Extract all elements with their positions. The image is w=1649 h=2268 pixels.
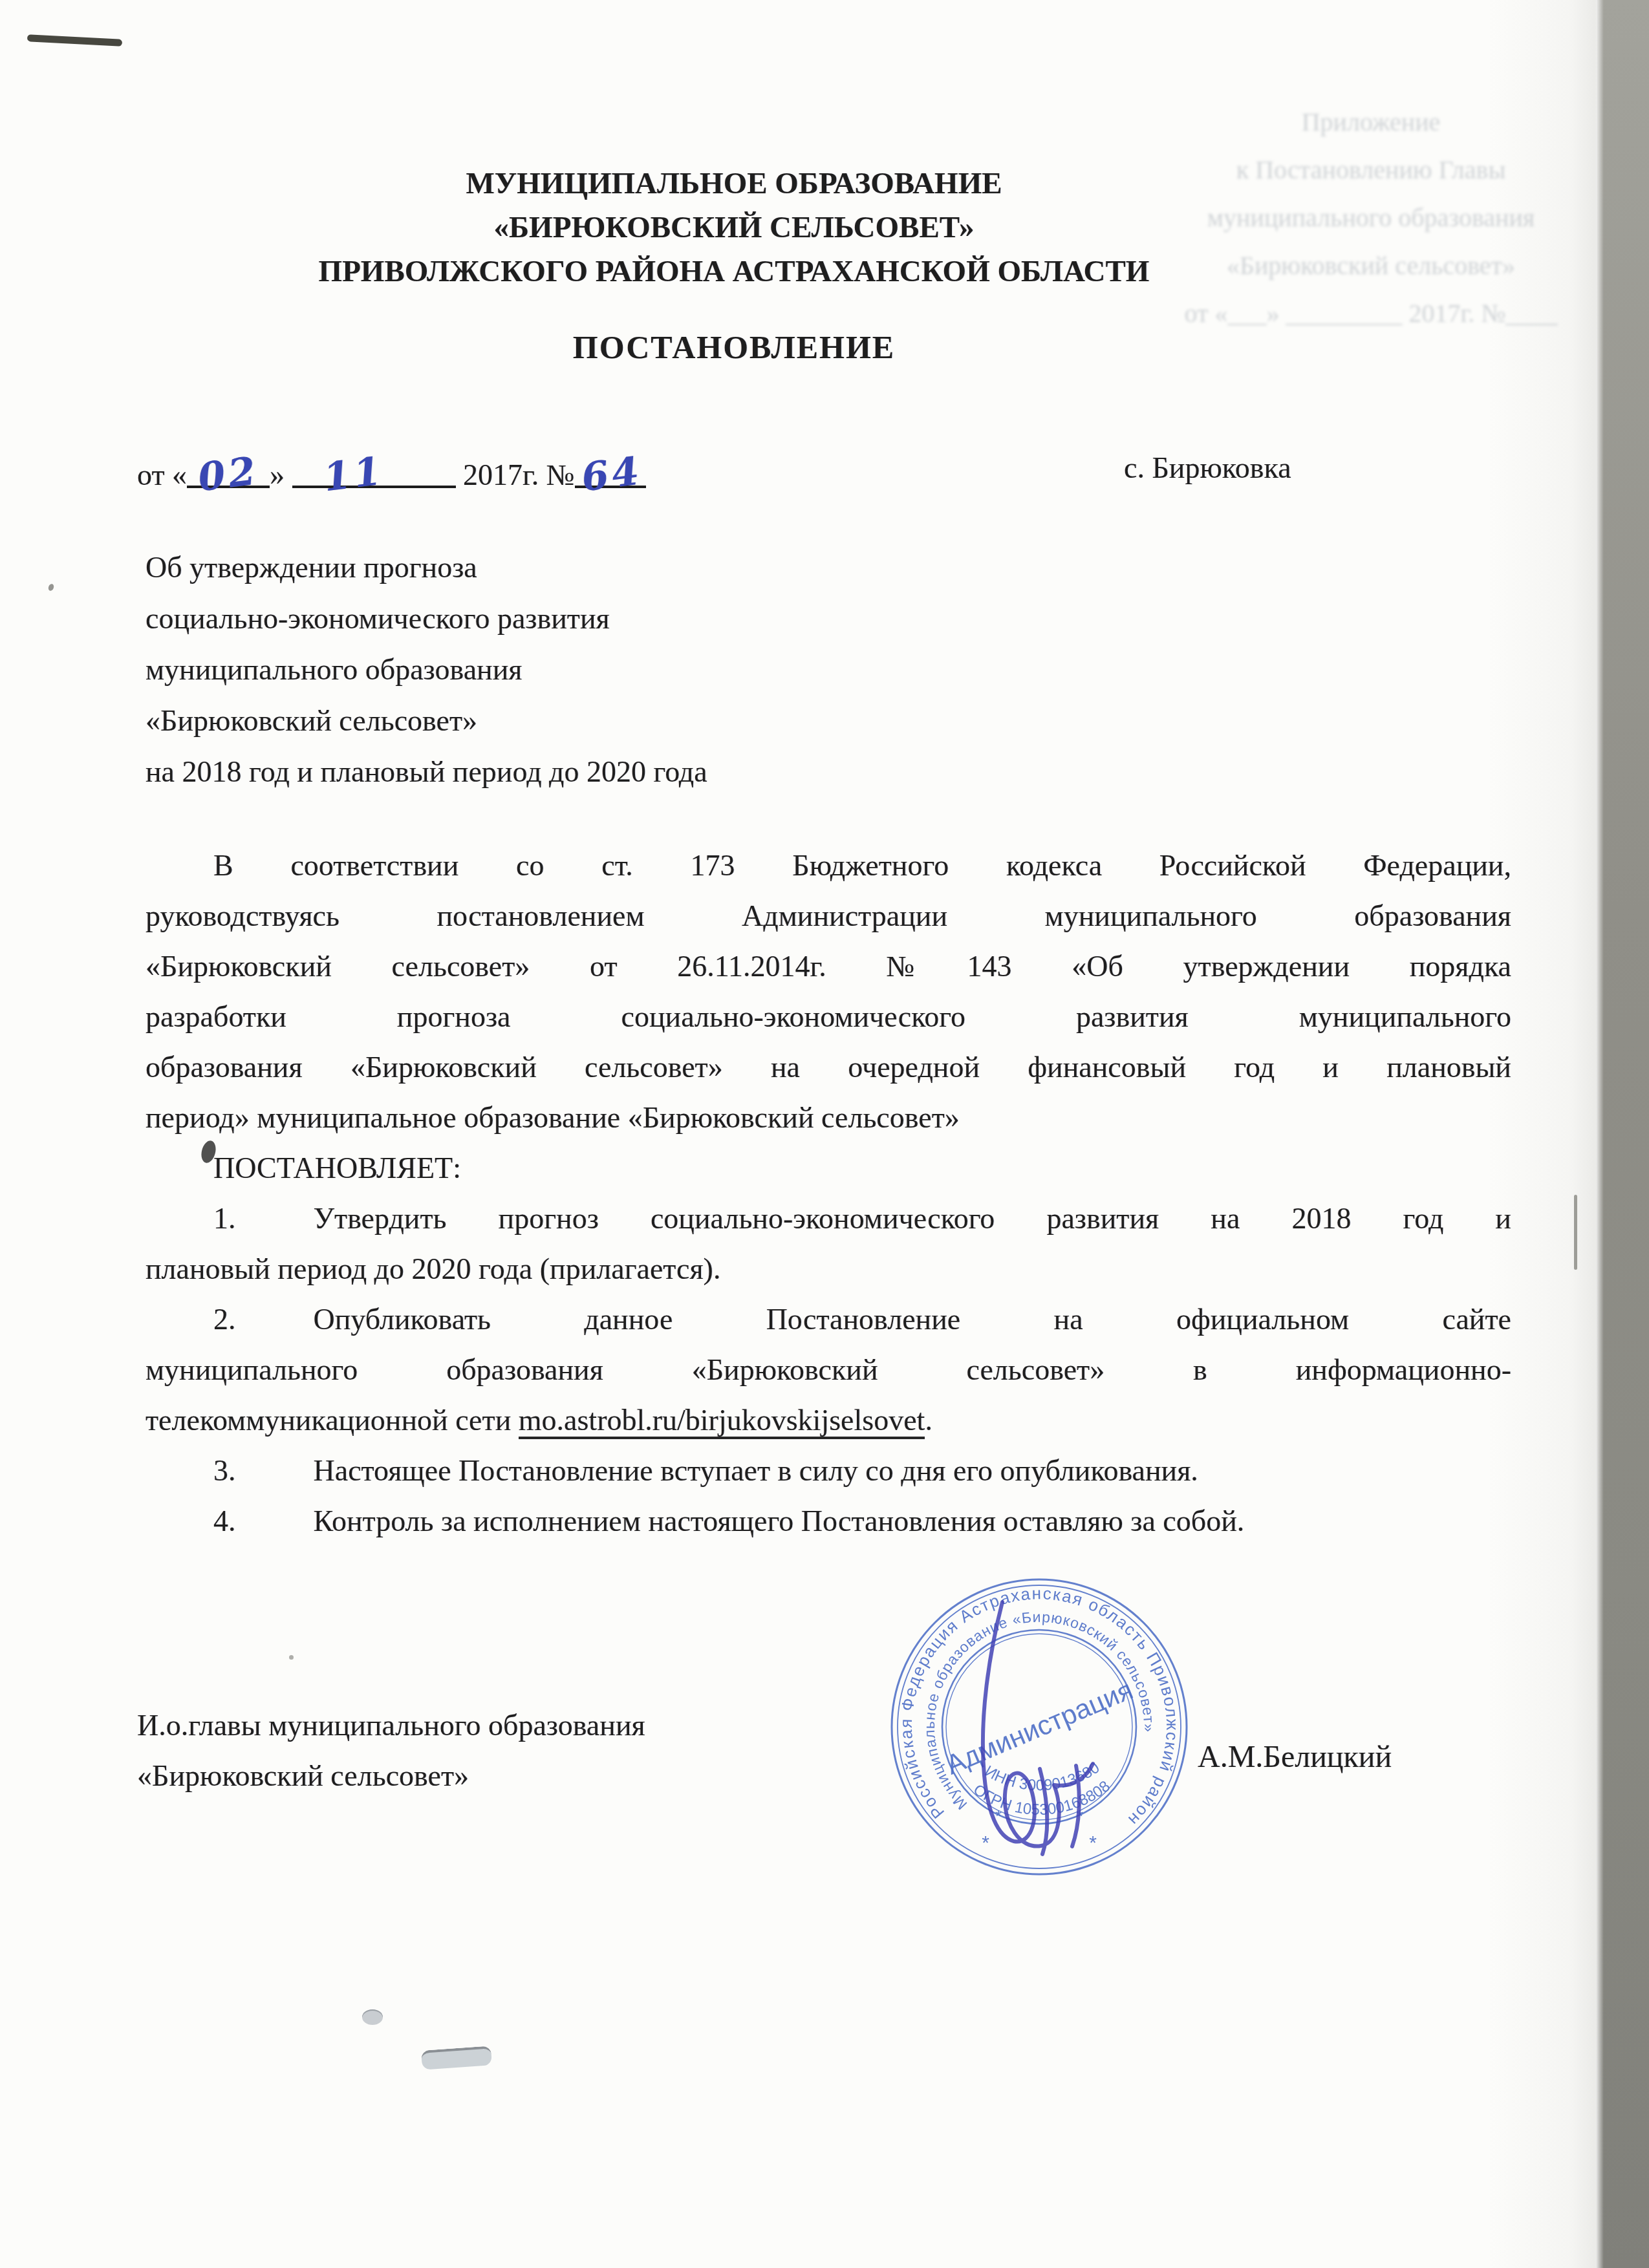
signatory-name: А.М.Белицкий [1198,1739,1392,1775]
item-2-number: 2. [213,1303,236,1336]
subject-line: на 2018 год и плановый период до 2020 го… [145,746,921,797]
resolves-label: ПОСТАНОВЛЯЕТ: [145,1143,1511,1193]
subject-block: Об утверждении прогноза социально-эконом… [145,542,921,797]
smudge-mark [421,2046,492,2070]
paragraph-line: образования «Бирюковский сельсовет» на о… [145,1042,1511,1093]
document-header: МУНИЦИПАЛЬНОЕ ОБРАЗОВАНИЕ «БИРЮКОВСКИЙ С… [0,162,1468,294]
item-2-text: Опубликовать данное Постановление на офи… [314,1303,1512,1336]
paragraph-line: «Бирюковский сельсовет» от 26.11.2014г. … [145,941,1511,992]
url-suffix-text: . [925,1404,932,1437]
scanned-document-page: Приложение к Постановлению Главы муницип… [0,0,1649,2268]
dust-speck [289,1655,294,1660]
org-name-line1: МУНИЦИПАЛЬНОЕ ОБРАЗОВАНИЕ [0,162,1468,206]
stamp-star: * [1089,1832,1097,1854]
place-name: с. Бирюковка [1124,451,1291,485]
item-2-line-2: муниципального образования «Бирюковский … [145,1345,1511,1395]
item-4-text: Контроль за исполнением настоящего Поста… [314,1504,1245,1537]
handwritten-month: 11 [321,449,386,501]
stamp-star: * [982,1832,989,1854]
item-1-number: 1. [213,1202,236,1235]
year-and-number-label: 2017г. № [463,458,575,491]
handwritten-number: 64 [579,449,644,501]
org-name-line3: ПРИВОЛЖСКОГО РАЙОНА АСТРАХАНСКОЙ ОБЛАСТИ [0,250,1468,294]
date-prefix: от « [137,458,187,491]
item-3-line: 3.Настоящее Постановление вступает в сил… [145,1446,1511,1496]
body-text: В соответствии со ст. 173 Бюджетного код… [145,840,1511,1546]
document-type-title: ПОСТАНОВЛЕНИЕ [0,328,1468,366]
stamp-center-text: Администрация [942,1674,1137,1781]
item-1-text: Утвердить прогноз социально-экономическо… [314,1202,1512,1235]
subject-line: Об утверждении прогноза [145,542,921,593]
paragraph-line: В соответствии со ст. 173 Бюджетного код… [145,840,1511,891]
scanner-edge-band [1596,0,1649,2268]
item-1-line-2: плановый период до 2020 года (прилагаетс… [145,1244,1511,1294]
date-number-row: от «02» 11 2017г. №64 с. Бирюковка [137,449,1514,501]
item-1-line-1: 1.Утвердить прогноз социально-экономичес… [145,1193,1511,1244]
item-3-number: 3. [213,1454,236,1487]
url-prefix-text: телекоммуникационной сети [145,1404,519,1437]
subject-line: социально-экономического развития [145,593,921,644]
ghost-line: Приложение [1164,98,1578,146]
item-2-line-1: 2.Опубликовать данное Постановление на о… [145,1294,1511,1345]
item-4-line: 4.Контроль за исполнением настоящего Пос… [145,1496,1511,1546]
paragraph-line: разработки прогноза социально-экономичес… [145,992,1511,1042]
subject-line: «Бирюковский сельсовет» [145,695,921,746]
scan-edge-dash [1574,1195,1577,1270]
dust-speck [47,583,54,592]
site-url-text: mo.astrobl.ru/birjukovskijselsovet [519,1404,925,1439]
paragraph-line: период» муниципальное образование «Бирюк… [145,1093,1511,1143]
month-underline: 11 [292,449,456,488]
day-underline: 02 [187,449,270,488]
subject-line: муниципального образования [145,644,921,695]
paragraph-line: руководствуясь постановлением Администра… [145,891,1511,941]
item-4-number: 4. [213,1504,236,1537]
official-stamp: Российская Федерация Астраханская област… [887,1575,1191,1879]
signatory-title-line1: И.о.главы муниципального образования [137,1700,913,1751]
smudge-mark [362,2009,383,2025]
number-underline: 64 [575,449,646,488]
handwritten-day: 02 [196,449,261,501]
signatory-title-block: И.о.главы муниципального образования «Би… [137,1700,913,1801]
date-close-quote: » [270,458,285,491]
org-name-line2: «БИРЮКОВСКИЙ СЕЛЬСОВЕТ» [0,206,1468,250]
pen-mark-top-left [27,34,122,47]
stamp-graphic: Российская Федерация Астраханская област… [887,1575,1191,1879]
item-3-text: Настоящее Постановление вступает в силу … [314,1454,1198,1487]
signatory-title-line2: «Бирюковский сельсовет» [137,1751,913,1801]
item-2-line-3: телекоммуникационной сети mo.astrobl.ru/… [145,1395,1511,1446]
